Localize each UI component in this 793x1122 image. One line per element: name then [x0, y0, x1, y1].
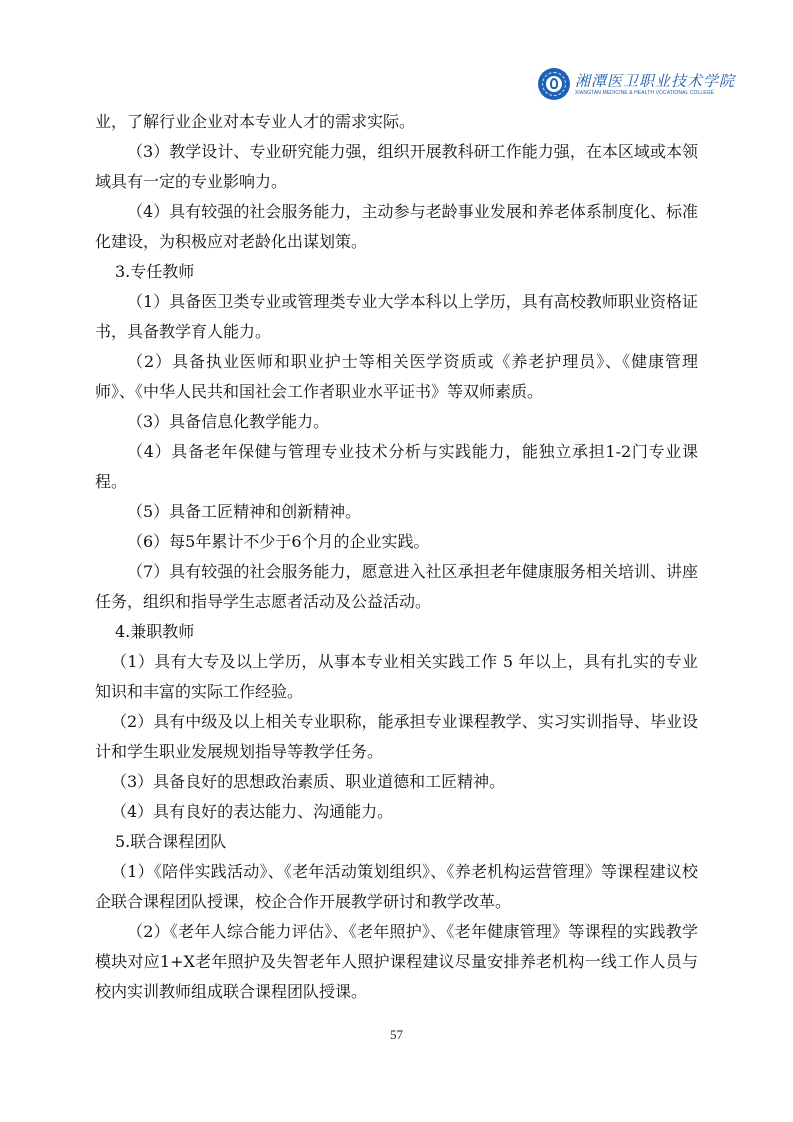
paragraph-item-4-service: （4）具有较强的社会服务能力，主动参与老龄事业发展和养老体系制度化、标准化建设，… [95, 197, 698, 257]
paragraph-fulltime-3: （3）具备信息化教学能力。 [95, 407, 698, 437]
paragraph-fulltime-1: （1）具备医卫类专业或管理类专业大学本科以上学历，具有高校教师职业资格证书，具备… [95, 287, 698, 347]
paragraph-parttime-2: （2）具有中级及以上相关专业职称，能承担专业课程教学、实习实训指导、毕业设计和学… [95, 707, 698, 767]
college-name-english: XIANGTAN MEDICINE & HEALTH VOCATIONAL CO… [575, 90, 735, 97]
paragraph-fulltime-7: （7）具有较强的社会服务能力，愿意进入社区承担老年健康服务相关培训、讲座任务，组… [95, 557, 698, 617]
paragraph-joint-2: （2）《老年人综合能力评估》、《老年照护》、《老年健康管理》等课程的实践教学模块… [95, 917, 698, 1007]
paragraph-continuation: 业，了解行业企业对本专业人才的需求实际。 [95, 107, 698, 137]
document-body: 业，了解行业企业对本专业人才的需求实际。 （3）教学设计、专业研究能力强，组织开… [95, 107, 698, 1007]
college-logo: 湘潭医卫职业技术学院 XIANGTAN MEDICINE & HEALTH VO… [538, 68, 735, 100]
paragraph-parttime-4: （4）具有良好的表达能力、沟通能力。 [95, 797, 698, 827]
paragraph-fulltime-4: （4）具备老年保健与管理专业技术分析与实践能力，能独立承担1-2门专业课程。 [95, 437, 698, 497]
section-heading-joint-course-team: 5.联合课程团队 [95, 827, 698, 857]
college-emblem-icon [538, 68, 570, 100]
section-heading-parttime-teachers: 4.兼职教师 [95, 617, 698, 647]
section-heading-fulltime-teachers: 3.专任教师 [95, 257, 698, 287]
college-name-chinese: 湘潭医卫职业技术学院 [575, 72, 735, 90]
paragraph-fulltime-6: （6）每5年累计不少于6个月的企业实践。 [95, 527, 698, 557]
paragraph-fulltime-5: （5）具备工匠精神和创新精神。 [95, 497, 698, 527]
college-name: 湘潭医卫职业技术学院 XIANGTAN MEDICINE & HEALTH VO… [575, 72, 735, 97]
paragraph-parttime-3: （3）具备良好的思想政治素质、职业道德和工匠精神。 [95, 767, 698, 797]
paragraph-parttime-1: （1）具有大专及以上学历，从事本专业相关实践工作 5 年以上，具有扎实的专业知识… [95, 647, 698, 707]
paragraph-joint-1: （1）《陪伴实践活动》、《老年活动策划组织》、《养老机构运营管理》等课程建议校企… [95, 857, 698, 917]
paragraph-item-3-research: （3）教学设计、专业研究能力强，组织开展教科研工作能力强，在本区域或本领域具有一… [95, 137, 698, 197]
paragraph-fulltime-2: （2）具备执业医师和职业护士等相关医学资质或《养老护理员》、《健康管理师》、《中… [95, 347, 698, 407]
page-number: 57 [0, 1027, 793, 1043]
